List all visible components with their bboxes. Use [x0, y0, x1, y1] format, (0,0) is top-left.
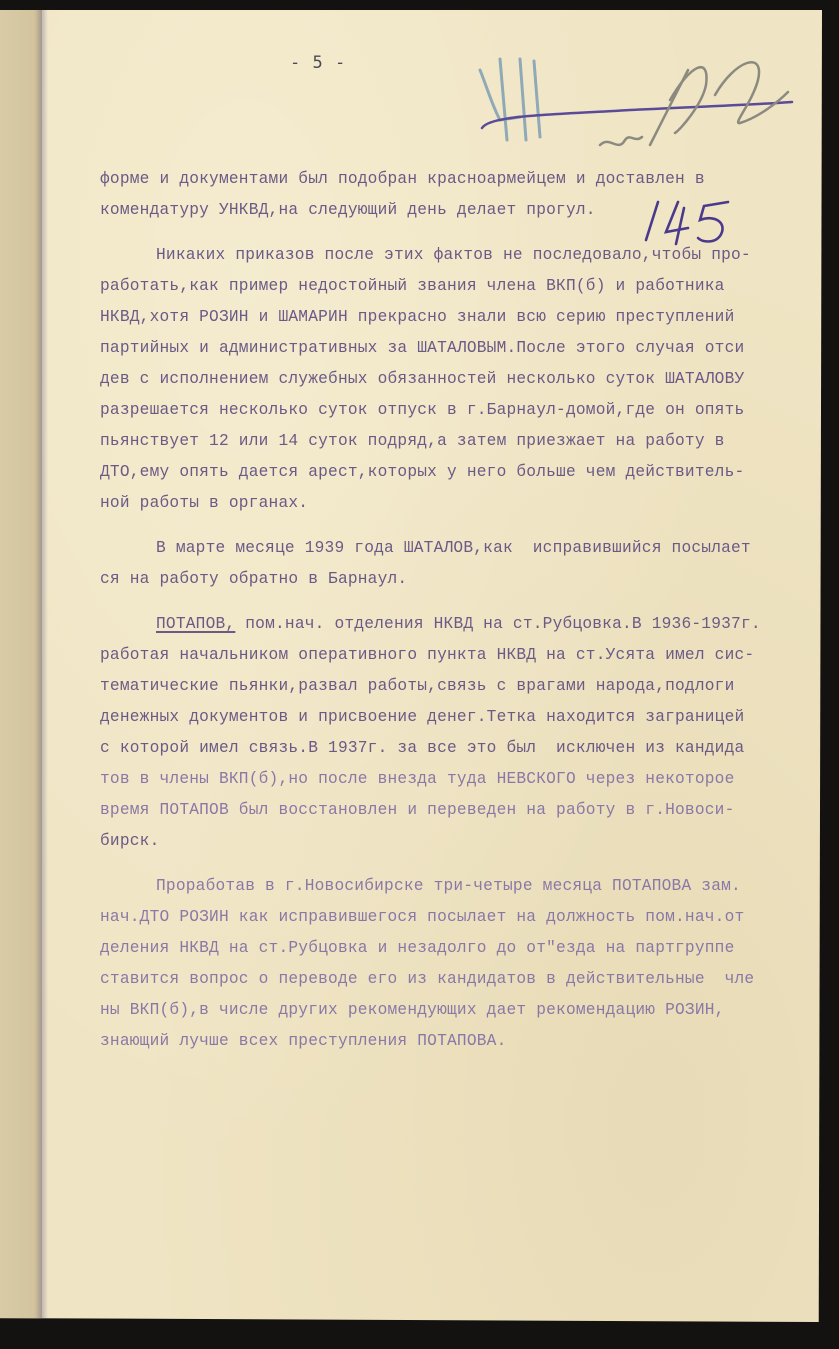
page-fold-shadow: [36, 10, 48, 1322]
text-line: Проработав в г.Новосибирске три-четыре м…: [100, 871, 830, 902]
text-line: деления НКВД на ст.Рубцовка и незадолго …: [100, 933, 830, 964]
text-line: НКВД,хотя РОЗИН и ШАМАРИН прекрасно знал…: [100, 302, 830, 333]
document-page: - 5 -: [0, 10, 822, 1322]
text-line: пьянствует 12 или 14 суток подряд,а зате…: [100, 426, 830, 457]
text-line-rest: пом.нач. отделения НКВД на ст.Рубцовка.В…: [235, 615, 760, 633]
paragraph: В марте месяце 1939 года ШАТАЛОВ,как исп…: [100, 533, 830, 595]
archival-folio-marks: [470, 45, 790, 155]
text-line: с которой имел связь.В 1937г. за все это…: [100, 733, 830, 764]
text-line: дев с исполнением служебных обязанностей…: [100, 364, 830, 395]
folio-41-blue-pencil: [480, 59, 540, 140]
text-line: знающий лучше всех преступления ПОТАПОВА…: [100, 1026, 830, 1057]
paragraph: ПОТАПОВ, пом.нач. отделения НКВД на ст.Р…: [100, 609, 830, 857]
text-line: нач.ДТО РОЗИН как исправившегося посылае…: [100, 902, 830, 933]
paragraph: Проработав в г.Новосибирске три-четыре м…: [100, 871, 830, 1057]
paragraph: форме и документами был подобран красноа…: [100, 164, 830, 226]
text-line: комендатуру УНКВД,на следующий день дела…: [100, 195, 830, 226]
text-line: партийных и административных за ШАТАЛОВЫ…: [100, 333, 830, 364]
text-line: бирск.: [100, 826, 830, 857]
text-line: ся на работу обратно в Барнаул.: [100, 564, 830, 595]
text-line: ставится вопрос о переводе его из кандид…: [100, 964, 830, 995]
text-line: ДТО,ему опять дается арест,которых у нег…: [100, 457, 830, 488]
text-line: форме и документами был подобран красноа…: [100, 164, 830, 195]
text-line: Никаких приказов после этих фактов не по…: [100, 240, 830, 271]
text-line: денежных документов и присвоение денег.Т…: [100, 702, 830, 733]
document-body: форме и документами был подобран красноа…: [100, 164, 830, 1057]
underlined-name: ПОТАПОВ,: [156, 615, 235, 633]
text-line: тематические пьянки,развал работы,связь …: [100, 671, 830, 702]
text-line: время ПОТАПОВ был восстановлен и перевед…: [100, 795, 830, 826]
text-line: работать,как пример недостойный звания ч…: [100, 271, 830, 302]
text-line: разрешается несколько суток отпуск в г.Б…: [100, 395, 830, 426]
page-number: - 5 -: [290, 53, 346, 73]
text-line: ПОТАПОВ, пом.нач. отделения НКВД на ст.Р…: [100, 609, 830, 640]
text-line: работая начальником оперативного пункта …: [100, 640, 830, 671]
paragraph: Никаких приказов после этих фактов не по…: [100, 240, 830, 519]
text-line: В марте месяце 1939 года ШАТАЛОВ,как исп…: [100, 533, 830, 564]
text-line: ной работы в органах.: [100, 488, 830, 519]
text-line: ны ВКП(б),в числе других рекомендующих д…: [100, 995, 830, 1026]
text-line: тов в члены ВКП(б),но после внезда туда …: [100, 764, 830, 795]
